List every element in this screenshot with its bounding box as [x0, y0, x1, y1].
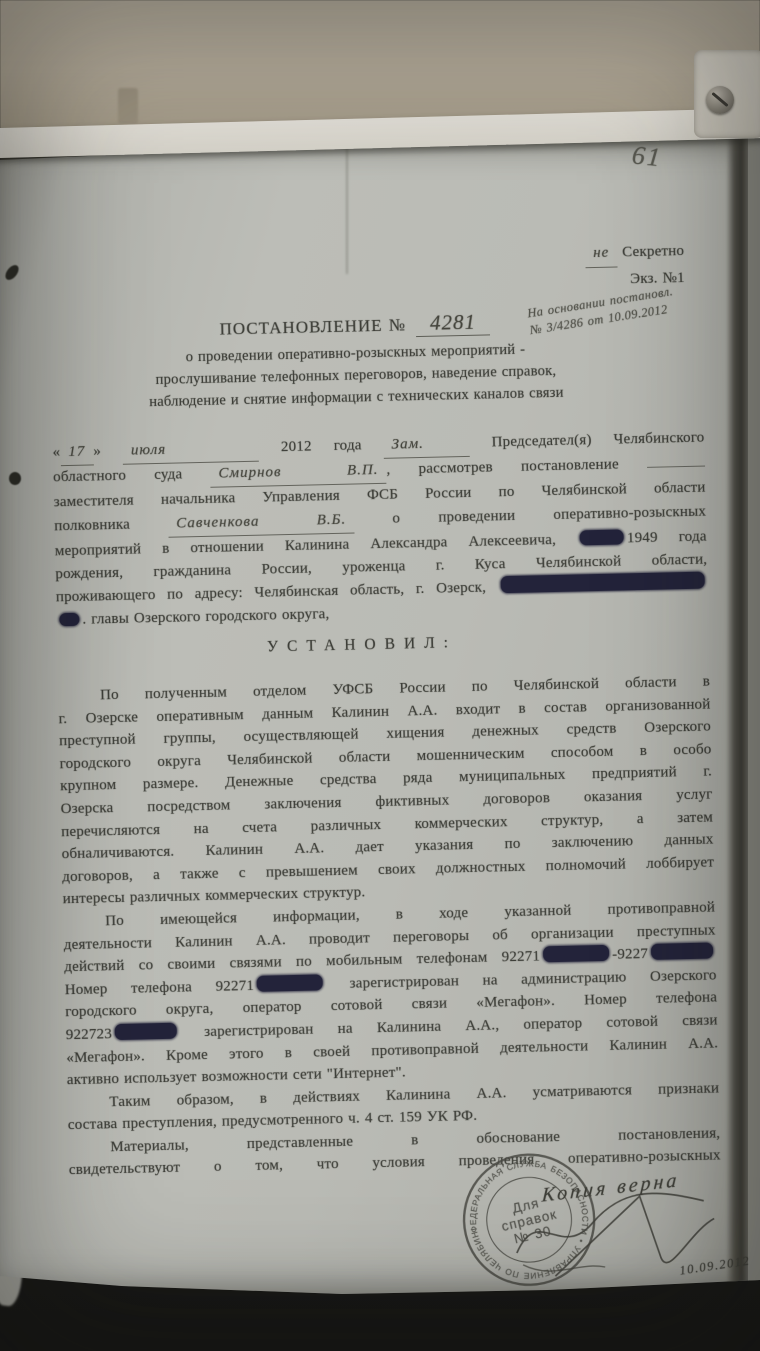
blank-underline: [647, 454, 705, 468]
body-text: -9227: [612, 946, 648, 963]
handwritten-page-number: 61: [631, 140, 664, 173]
document-content: 61 не Секретно Экз. №1 На основании пост…: [0, 126, 760, 1309]
year-text: 2012 года: [281, 437, 362, 455]
intro-text: . главы Озерского городского округа,: [82, 607, 329, 629]
redaction-bar: [651, 943, 713, 960]
intro-text: областного суда: [53, 467, 183, 486]
document-sheet: 61 не Секретно Экз. №1 На основании пост…: [0, 134, 760, 1300]
shelf-notch: [118, 88, 138, 124]
certification-block: Копия верна 10.09.2012: [507, 1159, 760, 1295]
redaction-bar: [59, 613, 79, 626]
redaction-bar: [257, 974, 323, 991]
handwritten-ne-mark: не: [585, 240, 618, 268]
handwritten-deputy: Зам.: [383, 432, 470, 459]
body-text: 922723: [66, 1026, 113, 1043]
handwritten-day: 17: [60, 440, 94, 466]
document-subtitle: о проведении оперативно-розыскных меропр…: [0, 334, 722, 417]
quote-mark: »: [93, 443, 101, 459]
redaction-bar: [501, 572, 705, 594]
redaction-bar: [580, 529, 624, 545]
secrecy-line: не Секретно: [585, 239, 685, 268]
scanned-document-photo: 61 не Секретно Экз. №1 На основании пост…: [0, 0, 760, 1351]
body-text: Номер телефона 92271: [65, 978, 255, 998]
screw-icon: [706, 86, 734, 114]
handwritten-document-number: 4281: [416, 309, 491, 337]
intro-section: «17» июля 2012 года Зам. Председател(я) …: [52, 427, 708, 633]
redaction-bar: [543, 945, 609, 962]
cabinet-hinge-plate: [694, 50, 760, 138]
handwritten-month: июля: [123, 437, 260, 465]
signature-flourish: [507, 1159, 760, 1295]
body-section: По полученным отделом УФСБ России по Чел…: [58, 670, 721, 1182]
title-label: ПОСТАНОВЛЕНИЕ №: [219, 315, 406, 338]
secrecy-label: Секретно: [622, 243, 684, 260]
redaction-bar: [115, 1023, 177, 1040]
intro-text: , рассмотрев постановление: [386, 457, 619, 478]
intro-text: о проведении оперативно-розыскных: [392, 503, 706, 526]
intro-text: полковника: [54, 516, 130, 534]
intro-text: 1949 года: [627, 528, 707, 546]
intro-text: Председател(я) Челябинского: [491, 430, 704, 451]
resolution-heading: УСТАНОВИЛ:: [0, 628, 727, 663]
